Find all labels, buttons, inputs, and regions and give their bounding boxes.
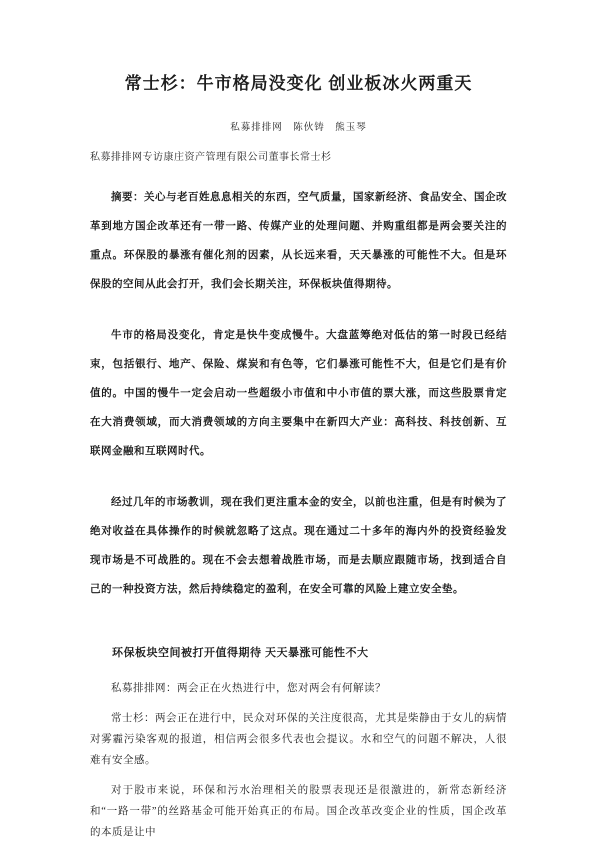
section-heading: 环保板块空间被打开值得期待 天天暴涨可能性不大	[90, 644, 507, 662]
interview-answer: 常士杉：两会正在进行中，民众对环保的关注度很高，尤其是柴静由于女儿的病情对雾霾污…	[90, 708, 507, 771]
article-title: 常士杉：牛市格局没变化 创业板冰火两重天	[90, 72, 507, 96]
article-summary: 摘要：关心与老百姓息息相关的东西，空气质量，国家新经济、食品安全、国企改革到地方…	[90, 183, 507, 299]
body-paragraph: 牛市的格局没变化，肯定是快牛变成慢牛。大盘蓝筹绝对低估的第一时段已经结束，包括银…	[90, 321, 507, 466]
document-page: 常士杉：牛市格局没变化 创业板冰火两重天 私募排排网 陈伙铸 熊玉琴 私募排排网…	[0, 0, 595, 842]
article-lead: 私募排排网专访康庄资产管理有限公司董事长常士杉	[90, 151, 507, 165]
body-paragraph: 经过几年的市场教训，现在我们更注重本金的安全，以前也注重，但是有时候为了绝对收益…	[90, 488, 507, 604]
interview-answer: 对于股市来说，环保和污水治理相关的股票表现还是很激进的，新常态新经济和“一路一带…	[90, 780, 507, 842]
interview-question: 私募排排网：两会正在火热进行中，您对两会有何解读？	[90, 678, 507, 699]
article-byline: 私募排排网 陈伙铸 熊玉琴	[90, 122, 507, 135]
